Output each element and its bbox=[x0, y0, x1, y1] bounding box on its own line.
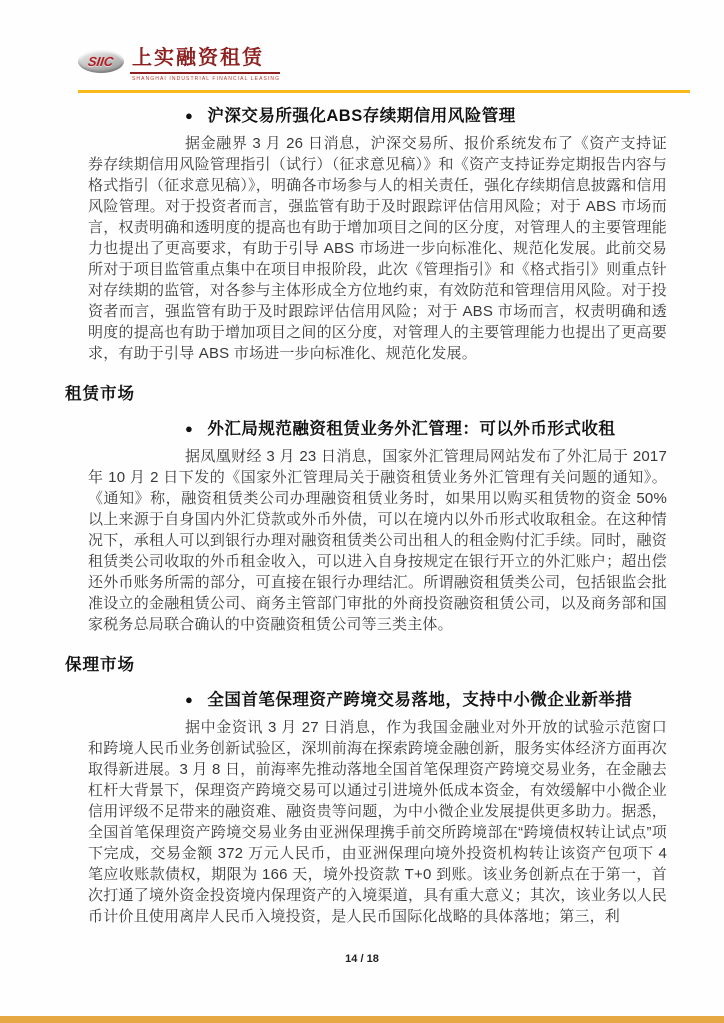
siic-logo-icon: SIIC bbox=[78, 50, 124, 73]
article-title-factoring: ● 全国首笔保理资产跨境交易落地，支持中小微企业新举措 bbox=[88, 689, 667, 711]
company-logo: SIIC 上实融资租赁 SHANGHAI INDUSTRIAL FINANCIA… bbox=[78, 46, 667, 82]
page-header: SIIC 上实融资租赁 SHANGHAI INDUSTRIAL FINANCIA… bbox=[0, 0, 724, 93]
bullet-icon: ● bbox=[185, 105, 193, 127]
article-title-text: 全国首笔保理资产跨境交易落地，支持中小微企业新举措 bbox=[207, 689, 632, 711]
article-title-forex: ● 外汇局规范融资租赁业务外汇管理：可以外币形式收租 bbox=[88, 418, 667, 440]
footer-accent-bar bbox=[0, 1016, 724, 1023]
article-body-abs: 据金融界 3 月 26 日消息，沪深交易所、报价系统发布了《资产支持证券存续期信… bbox=[88, 133, 667, 364]
article-title-abs: ● 沪深交易所强化ABS存续期信用风险管理 bbox=[88, 105, 667, 127]
bullet-icon: ● bbox=[185, 418, 193, 440]
article-title-text: 沪深交易所强化ABS存续期信用风险管理 bbox=[207, 105, 515, 127]
section-heading-leasing: 租赁市场 bbox=[65, 384, 667, 404]
document-page: SIIC 上实融资租赁 SHANGHAI INDUSTRIAL FINANCIA… bbox=[0, 0, 724, 1023]
company-name-english: SHANGHAI INDUSTRIAL FINANCIAL LEASING bbox=[130, 76, 280, 82]
header-divider-line bbox=[78, 90, 690, 93]
bullet-icon: ● bbox=[185, 689, 193, 711]
page-content: ● 沪深交易所强化ABS存续期信用风险管理 据金融界 3 月 26 日消息，沪深… bbox=[0, 105, 724, 927]
company-name-chinese: 上实融资租赁 bbox=[130, 46, 280, 74]
article-body-factoring: 据中金资讯 3 月 27 日消息，作为我国金融业对外开放的试验示范窗口和跨境人民… bbox=[88, 717, 667, 927]
article-title-text: 外汇局规范融资租赁业务外汇管理：可以外币形式收租 bbox=[207, 418, 615, 440]
logo-wordmark: 上实融资租赁 SHANGHAI INDUSTRIAL FINANCIAL LEA… bbox=[130, 46, 280, 82]
page-number: 14 / 18 bbox=[0, 953, 724, 965]
siic-logo-text: SIIC bbox=[87, 54, 114, 69]
article-body-forex: 据凤凰财经 3 月 23 日消息，国家外汇管理局网站发布了外汇局于 2017 年… bbox=[88, 446, 667, 635]
section-heading-factoring: 保理市场 bbox=[65, 655, 667, 675]
